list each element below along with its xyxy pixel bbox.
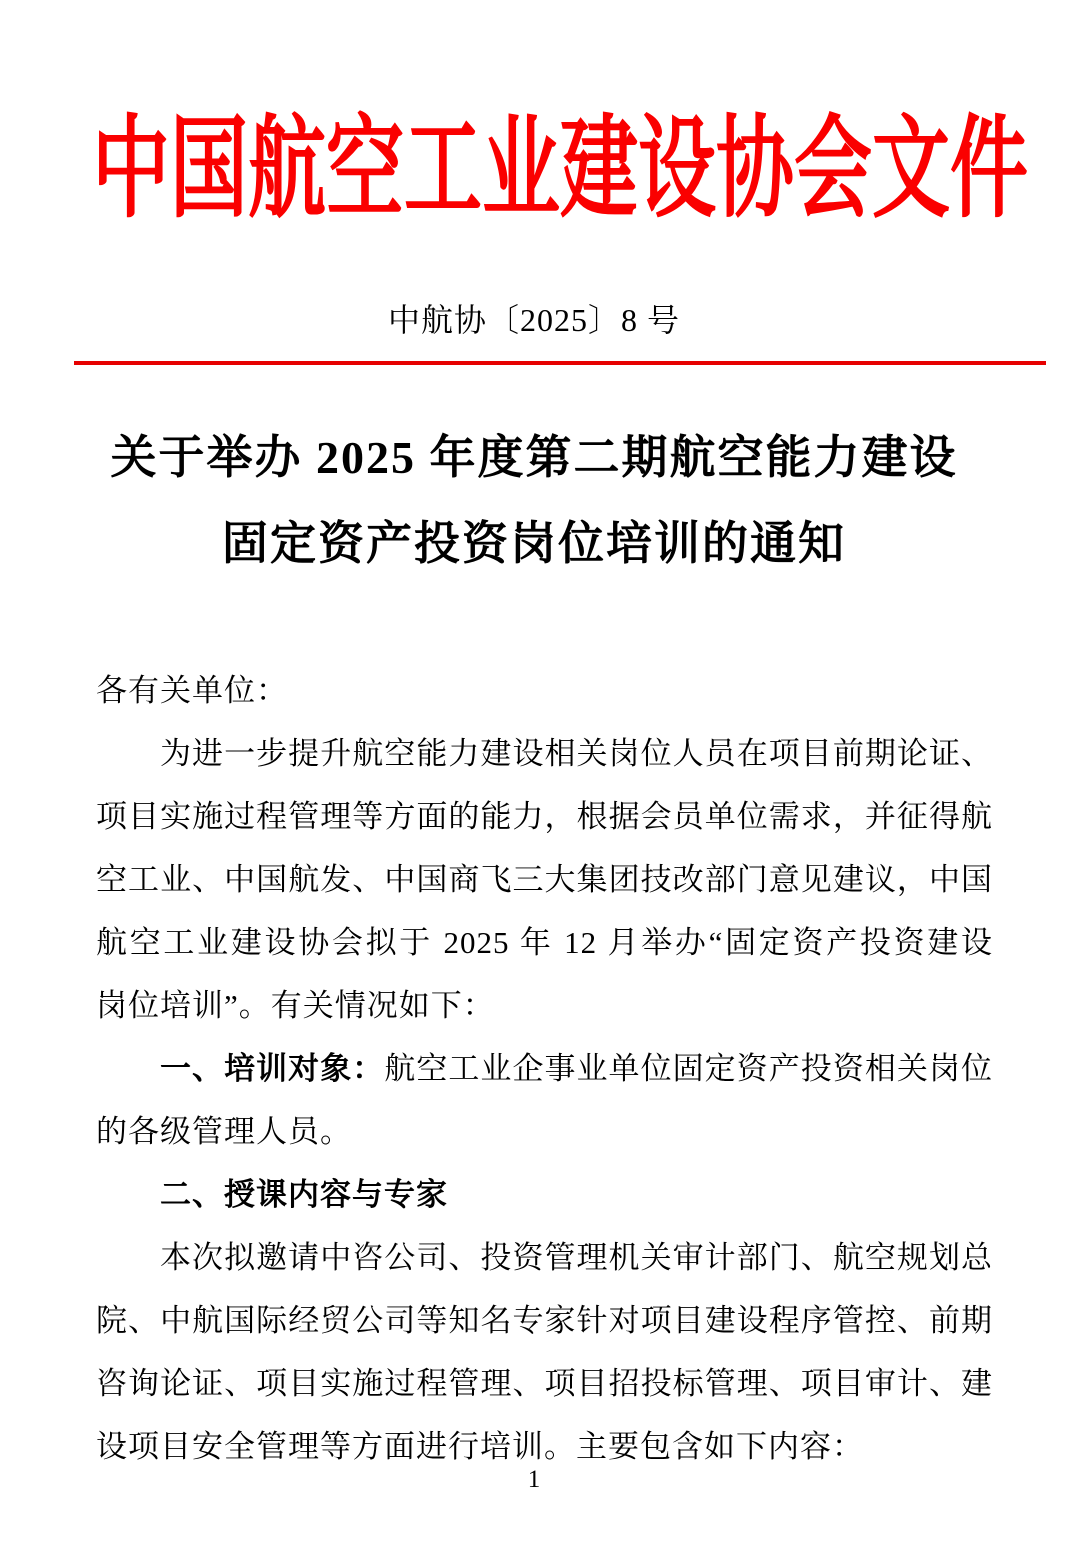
body-text-segment: 为进一步提升航空能力建设相关岗位人员在项目前期论证、 [160,736,993,771]
document-reference-number: 中航协〔2025〕8 号 [0,295,1068,341]
masthead-org-title: 中国航空工业建设协会文件 [26,114,1068,225]
body-text-segment: 航空工业建设协会拟于 2025 年 12 月举办“固定资产投资建设 [96,925,993,960]
body-line: 二、授课内容与专家 [96,1163,993,1226]
body-text-segment: 咨询论证、项目实施过程管理、项目招投标管理、项目审计、建 [96,1366,993,1401]
body-line: 本次拟邀请中咨公司、投资管理机关审计部门、航空规划总 [96,1226,993,1289]
page-number: 1 [0,1466,1068,1494]
red-divider-line [74,361,1046,365]
body-text-segment: 二、授课内容与专家 [160,1177,448,1212]
document-title: 关于举办 2025 年度第二期航空能力建设 固定资产投资岗位培训的通知 [0,415,1068,587]
body-text-segment: 各有关单位： [96,673,288,708]
body-text-segment: 设项目安全管理等方面进行培训。主要包含如下内容： [96,1429,864,1464]
body-line: 航空工业建设协会拟于 2025 年 12 月举办“固定资产投资建设 [96,911,993,974]
body-line: 空工业、中国航发、中国商飞三大集团技改部门意见建议，中国 [96,848,993,911]
body-text-segment: 岗位培训”。有关情况如下： [96,988,495,1023]
body-line: 一、培训对象：航空工业企事业单位固定资产投资相关岗位 [96,1037,993,1100]
document-page: 中国航空工业建设协会文件 中航协〔2025〕8 号 关于举办 2025 年度第二… [0,0,1068,1550]
body-text-segment: 本次拟邀请中咨公司、投资管理机关审计部门、航空规划总 [160,1240,993,1275]
document-title-line-2: 固定资产投资岗位培训的通知 [0,501,1068,587]
body-text-segment: 空工业、中国航发、中国商飞三大集团技改部门意见建议，中国 [96,862,993,897]
body-text-segment: 的各级管理人员。 [96,1114,352,1149]
body-line: 的各级管理人员。 [96,1100,993,1163]
body-text-segment: 航空工业企事业单位固定资产投资相关岗位 [384,1051,993,1086]
body-line: 咨询论证、项目实施过程管理、项目招投标管理、项目审计、建 [96,1352,993,1415]
body-text-segment: 一、培训对象： [160,1051,384,1086]
document-title-line-1: 关于举办 2025 年度第二期航空能力建设 [0,415,1068,501]
body-line: 岗位培训”。有关情况如下： [96,974,993,1037]
body-line: 各有关单位： [96,659,993,722]
body-line: 为进一步提升航空能力建设相关岗位人员在项目前期论证、 [96,722,993,785]
body-text-segment: 院、中航国际经贸公司等知名专家针对项目建设程序管控、前期 [96,1303,993,1338]
document-body: 各有关单位：为进一步提升航空能力建设相关岗位人员在项目前期论证、项目实施过程管理… [96,659,993,1478]
body-line: 院、中航国际经贸公司等知名专家针对项目建设程序管控、前期 [96,1289,993,1352]
body-line: 项目实施过程管理等方面的能力，根据会员单位需求，并征得航 [96,785,993,848]
body-text-segment: 项目实施过程管理等方面的能力，根据会员单位需求，并征得航 [96,799,993,834]
